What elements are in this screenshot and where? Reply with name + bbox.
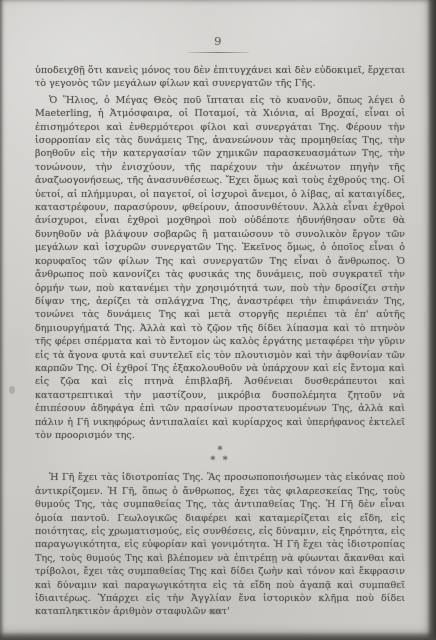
scanned-book-page: 9 ὑποδειχθῇ ὅτι κανεὶς μόνος του δὲν ἐπι… xyxy=(0,0,436,640)
page-number: 9 xyxy=(214,34,222,48)
divider-asterisks-bottom: * * xyxy=(35,456,405,466)
paragraph-continuation: ὑποδειχθῇ ὅτι κανεὶς μόνος του δὲν ἐπιτυ… xyxy=(35,64,405,91)
page-body-text: ὑποδειχθῇ ὅτι κανεὶς μόνος του δὲν ἐπιτυ… xyxy=(35,64,405,619)
section-divider: * * * xyxy=(35,446,405,466)
scan-edge-left xyxy=(0,0,4,640)
paragraph-sun-and-friends: Ὁ Ἥλιος, ὁ Μέγας Θεὸς ποῦ ἵπταται εἰς τὸ… xyxy=(35,94,405,443)
page-number-rule xyxy=(187,52,249,53)
scan-edge-bottom xyxy=(0,632,436,640)
margin-scan-artifact xyxy=(9,386,15,394)
scan-edge-right xyxy=(427,0,436,640)
ink-smudge xyxy=(208,609,222,614)
page-header: 9 xyxy=(0,30,436,53)
paragraph-earth-idiosyncrasies: Ἡ Γῆ ἔχει τὰς ἰδιοτροπίας Της. Ἂς προσωπ… xyxy=(35,471,405,618)
